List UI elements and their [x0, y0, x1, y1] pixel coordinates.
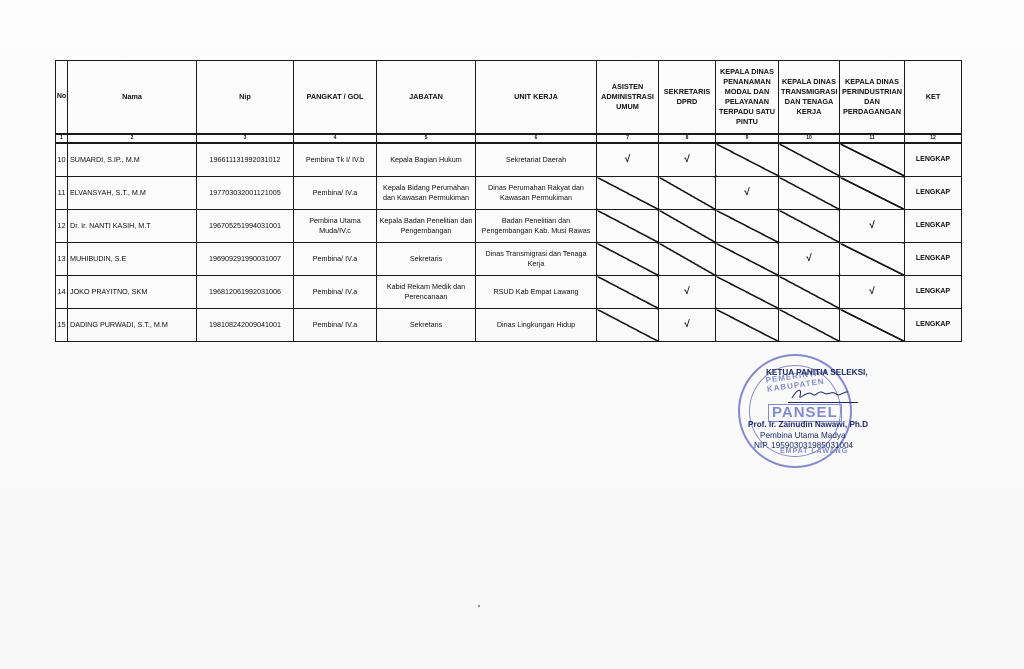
col-number: 6 [476, 134, 597, 143]
choice-kadis-penanaman-modal-struck [716, 243, 779, 276]
candidate-nip: 196705251994031001 [197, 210, 294, 243]
row-number: 12 [56, 210, 68, 243]
checkmark-icon: √ [684, 286, 690, 297]
col-header-jabatan: JABATAN [377, 61, 476, 135]
candidate-jabatan: Kabid Rekam Medik dan Perencanaan [377, 276, 476, 309]
candidate-pangkat: Pembina Utama Muda/IV.c [294, 210, 377, 243]
candidate-nip: 197703032001121005 [197, 177, 294, 210]
row-number: 13 [56, 243, 68, 276]
candidate-nip: 196611131992031012 [197, 143, 294, 177]
candidate-unit-kerja: Sekretariat Daerah [476, 143, 597, 177]
choice-kadis-perindustrian-struck [840, 309, 905, 342]
col-number: 3 [197, 134, 294, 143]
candidate-unit-kerja: Dinas Perumahan Rakyat dan Kawasan Permu… [476, 177, 597, 210]
col-header-no: No [56, 61, 68, 135]
table-row: 14JOKO PRAYITNO, SKM196812061992031006Pe… [56, 276, 962, 309]
candidate-pangkat: Pembina/ IV.a [294, 243, 377, 276]
col-number: 1 [56, 134, 68, 143]
scan-speck [478, 605, 480, 607]
col-header-sekretaris-dprd: SEKRETARIS DPRD [659, 61, 716, 135]
candidate-unit-kerja: Dinas Transmigrasi dan Tenaga Kerja [476, 243, 597, 276]
choice-kadis-perindustrian-struck [840, 143, 905, 177]
checkmark-icon: √ [684, 154, 690, 165]
table-row: 10SUMARDI, S.IP., M.M196611131992031012P… [56, 143, 962, 177]
candidate-name: DADING PURWADI, S.T., M.M [68, 309, 197, 342]
candidate-unit-kerja: RSUD Kab Empat Lawang [476, 276, 597, 309]
checkmark-icon: √ [869, 220, 875, 231]
choice-kadis-transmigrasi-struck [779, 276, 840, 309]
choice-kadis-penanaman-modal-struck [716, 210, 779, 243]
col-number: 11 [840, 134, 905, 143]
row-ket-status: LENGKAP [905, 210, 962, 243]
choice-kadis-penanaman-modal-struck [716, 276, 779, 309]
col-header-unit-kerja: UNIT KERJA [476, 61, 597, 135]
choice-sekretaris-dprd-struck [659, 177, 716, 210]
col-header-kadis-penanaman-modal: KEPALA DINAS PENANAMAN MODAL DAN PELAYAN… [716, 61, 779, 135]
row-number: 15 [56, 309, 68, 342]
choice-sekretaris-dprd-struck [659, 210, 716, 243]
col-header-asisten-administrasi-umum: ASISTEN ADMINISTRASI UMUM [597, 61, 659, 135]
candidate-nip: 198108242009041001 [197, 309, 294, 342]
candidate-name: SUMARDI, S.IP., M.M [68, 143, 197, 177]
choice-kadis-perindustrian: √ [840, 210, 905, 243]
choice-kadis-transmigrasi: √ [779, 243, 840, 276]
choice-asisten-administrasi-umum-struck [597, 309, 659, 342]
checkmark-icon: √ [869, 286, 875, 297]
candidate-jabatan: Kepala Bagian Hukum [377, 143, 476, 177]
choice-kadis-penanaman-modal: √ [716, 177, 779, 210]
candidate-jabatan: Sekretaris [377, 243, 476, 276]
col-header-nama: Nama [68, 61, 197, 135]
row-ket-status: LENGKAP [905, 143, 962, 177]
signature-title: KETUA PANITIA SELEKSI, [766, 368, 868, 377]
col-header-pangkat: PANGKAT / GOL [294, 61, 377, 135]
col-number: 2 [68, 134, 197, 143]
candidate-unit-kerja: Dinas Lingkungan Hidup [476, 309, 597, 342]
choice-kadis-transmigrasi-struck [779, 309, 840, 342]
choice-kadis-penanaman-modal-struck [716, 143, 779, 177]
col-number: 9 [716, 134, 779, 143]
signatory-nip: NIP. 195903031985031004 [754, 441, 853, 450]
col-number: 10 [779, 134, 840, 143]
selection-table: No Nama Nip PANGKAT / GOL JABATAN UNIT K… [55, 60, 962, 342]
row-ket-status: LENGKAP [905, 177, 962, 210]
candidate-pangkat: Pembina/ IV.a [294, 309, 377, 342]
handwritten-signature-icon [788, 386, 858, 403]
choice-kadis-penanaman-modal-struck [716, 309, 779, 342]
choice-sekretaris-dprd: √ [659, 276, 716, 309]
candidate-unit-kerja: Badan Penelitian dan Pengembangan Kab. M… [476, 210, 597, 243]
col-header-ket: KET [905, 61, 962, 135]
candidate-nip: 196909291990031007 [197, 243, 294, 276]
candidate-jabatan: Kepala Bidang Perumahan dan Kawasan Perm… [377, 177, 476, 210]
choice-kadis-transmigrasi-struck [779, 143, 840, 177]
row-number: 11 [56, 177, 68, 210]
header-row: No Nama Nip PANGKAT / GOL JABATAN UNIT K… [56, 61, 962, 135]
col-header-kadis-transmigrasi: KEPALA DINAS TRANSMIGRASI DAN TENAGA KER… [779, 61, 840, 135]
row-ket-status: LENGKAP [905, 309, 962, 342]
candidate-name: MUHIBUDIN, S.E [68, 243, 197, 276]
col-header-nip: Nip [197, 61, 294, 135]
candidate-jabatan: Sekretaris [377, 309, 476, 342]
choice-kadis-perindustrian: √ [840, 276, 905, 309]
choice-kadis-perindustrian-struck [840, 243, 905, 276]
choice-sekretaris-dprd: √ [659, 309, 716, 342]
choice-asisten-administrasi-umum-struck [597, 177, 659, 210]
choice-sekretaris-dprd: √ [659, 143, 716, 177]
col-number: 5 [377, 134, 476, 143]
row-ket-status: LENGKAP [905, 243, 962, 276]
candidate-nip: 196812061992031006 [197, 276, 294, 309]
candidate-pangkat: Pembina/ IV.a [294, 276, 377, 309]
signature-block: PEMERINTAH KABUPATEN PANSEL EMPAT LAWANG… [730, 352, 910, 472]
column-number-row: 1 2 3 4 5 6 7 8 9 10 11 12 [56, 134, 962, 143]
checkmark-icon: √ [744, 187, 750, 198]
candidate-jabatan: Kepala Badan Penelitian dan Pengembangan [377, 210, 476, 243]
choice-asisten-administrasi-umum: √ [597, 143, 659, 177]
row-ket-status: LENGKAP [905, 276, 962, 309]
table-body: 10SUMARDI, S.IP., M.M196611131992031012P… [56, 143, 962, 342]
choice-kadis-perindustrian-struck [840, 177, 905, 210]
table-row: 12Dr. Ir. NANTI KASIH, M.T19670525199403… [56, 210, 962, 243]
candidate-name: ELVANSYAH, S.T., M.M [68, 177, 197, 210]
candidate-name: JOKO PRAYITNO, SKM [68, 276, 197, 309]
candidate-pangkat: Pembina Tk I/ IV.b [294, 143, 377, 177]
candidate-name: Dr. Ir. NANTI KASIH, M.T [68, 210, 197, 243]
row-number: 10 [56, 143, 68, 177]
col-number: 12 [905, 134, 962, 143]
col-header-kadis-perindustrian: KEPALA DINAS PERINDUSTRIAN DAN PERDAGANG… [840, 61, 905, 135]
table-row: 13MUHIBUDIN, S.E196909291990031007Pembin… [56, 243, 962, 276]
choice-asisten-administrasi-umum-struck [597, 276, 659, 309]
checkmark-icon: √ [684, 319, 690, 330]
scanned-page: No Nama Nip PANGKAT / GOL JABATAN UNIT K… [0, 0, 1024, 669]
candidate-pangkat: Pembina/ IV.a [294, 177, 377, 210]
signatory-rank: Pembina Utama Madya [760, 431, 846, 440]
choice-kadis-transmigrasi-struck [779, 177, 840, 210]
col-number: 7 [597, 134, 659, 143]
table-row: 11ELVANSYAH, S.T., M.M197703032001121005… [56, 177, 962, 210]
choice-sekretaris-dprd-struck [659, 243, 716, 276]
row-number: 14 [56, 276, 68, 309]
checkmark-icon: √ [625, 154, 631, 165]
col-number: 8 [659, 134, 716, 143]
choice-kadis-transmigrasi-struck [779, 210, 840, 243]
signatory-name: Prof. Ir. Zainudin Nawawi, Ph.D [748, 420, 868, 429]
choice-asisten-administrasi-umum-struck [597, 210, 659, 243]
choice-asisten-administrasi-umum-struck [597, 243, 659, 276]
col-number: 4 [294, 134, 377, 143]
table-row: 15DADING PURWADI, S.T., M.M1981082420090… [56, 309, 962, 342]
checkmark-icon: √ [806, 253, 812, 264]
